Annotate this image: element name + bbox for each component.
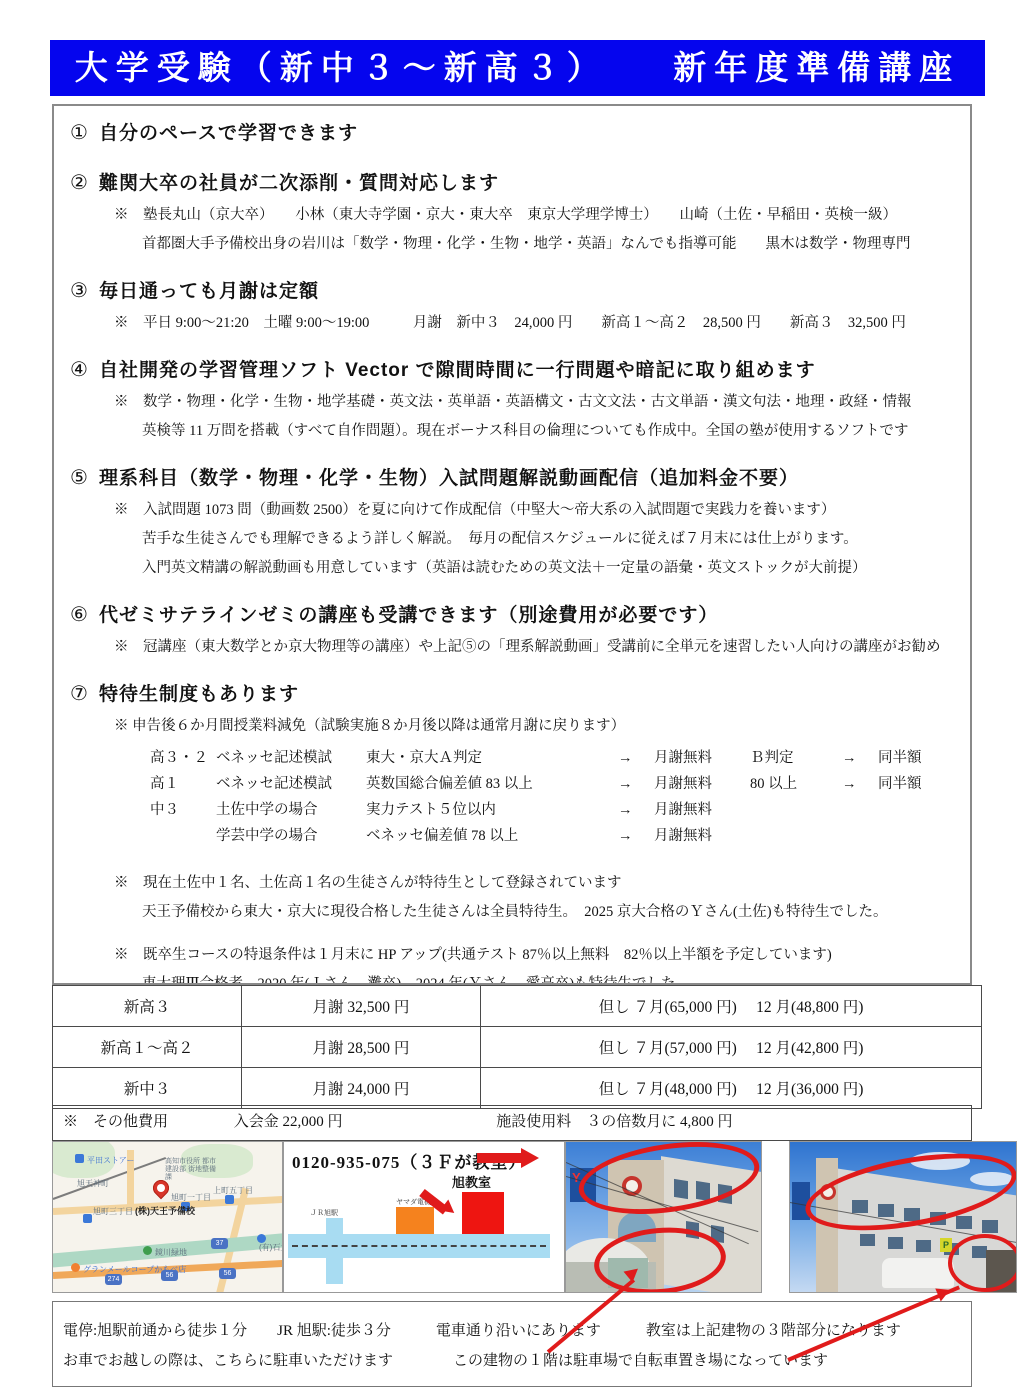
map-label: 鏡川緑地 [155,1247,187,1258]
schol-cell [750,823,842,849]
grade-cell: 新中３ [53,1068,242,1109]
schol-cell: 高１ [150,771,216,797]
arrow-glyph: → [618,771,654,797]
park-icon [143,1246,152,1255]
route-badge: 56 [219,1268,236,1279]
map-label: 平田ストアー [87,1155,135,1166]
schol-cell [878,823,948,849]
store-icon [71,1263,80,1272]
section-2-heading: ②難関大卒の社員が二次添削・質問対応します [70,172,970,195]
schol-cell [150,823,216,849]
station-label: ＪＲ旭駅 [310,1208,338,1218]
grade-cell: 新高３ [53,986,242,1027]
circled-number: ② [70,172,89,194]
note-cell: 但し ７月(65,000 円) 12 月(48,800 円) [481,986,982,1027]
map-label: 旭町一丁目 [171,1192,211,1203]
section-3-note: ※ 平日 9:00～21:20 土曜 9:00～19:00 月謝 新中３ 24,… [114,315,956,332]
table-row: 新中３ 月謝 24,000 円 但し ７月(48,000 円) 12 月(36,… [53,1068,982,1109]
parking-circle-annotation [948,1234,1017,1292]
schol-cell [878,797,948,823]
route-badge: 274 [105,1274,122,1285]
access-footer: 電停:旭駅前通から徒歩１分 JR 旭駅:徒歩３分 電車通り沿いにあります 教室は… [52,1301,972,1387]
table-row: 新高１～高２ 月謝 28,500 円 但し ７月(57,000 円) 12 月(… [53,1027,982,1068]
section-7-heading: ⑦特待生制度もあります [70,683,970,706]
schol-cell: 月謝無料 [654,745,750,771]
classroom-label: 旭教室 [452,1172,491,1191]
section-7-note3: ※ 既卒生コースの特退条件は１月末に HP アップ(共通テスト 87％以上無料 … [114,947,956,964]
section-7-note: ※ 申告後６か月間授業料減免（試験実施８か月後以降は通常月謝に戻ります） [114,718,956,735]
schol-cell: 高３・２ [150,745,216,771]
section-7-note2: 天王予備校から東大・京大に現役合格した生徒さんは全員特待生。 2025 京大合格… [142,904,956,921]
grade-cell: 新高１～高２ [53,1027,242,1068]
image-strip: 平田ストアー 旭天神町 高知市役所 都市建設部 街地整備課 旭町一丁目 上町五丁… [52,1141,972,1297]
phone-to-photo-arrow-head [521,1148,539,1168]
schol-cell: 同半額 [878,771,948,797]
railway-band [288,1234,550,1258]
page-title: 大学受験（新中３～新高３） 新年度準備講座 [50,40,985,96]
admission-fee: 入会金 22,000 円 [234,1114,343,1130]
window [956,1216,972,1229]
note-cell: 但し ７月(48,000 円) 12 月(36,000 円) [481,1068,982,1109]
section-4-note: ※ 数学・物理・化学・生物・地学基礎・英文法・英単語・英語構文・古文文法・古文単… [114,394,956,411]
route-badge: 56 [161,1270,178,1281]
route-badge: 37 [211,1238,228,1249]
map-label: (有)石立 [259,1242,283,1253]
schol-cell: 実力テスト５位以内 [366,797,618,823]
section-1-heading: ①自分のペースで学習できます [70,122,970,145]
building-photo-side: P [789,1141,1017,1293]
section-6-note: ※ 冠講座（東大数学とか京大物理等の講座）や上記⑤の「理系解説動画」受講前に全単… [114,639,956,656]
schol-cell: ベネッセ記述模試 [216,771,366,797]
circled-number: ④ [70,359,89,381]
schol-cell: 土佐中学の場合 [216,797,366,823]
section-5-note: 苦手な生徒さんでも理解できるよう詳しく解説。 毎月の配信スケジュールに従えば７月… [142,531,956,548]
schol-cell: 中３ [150,797,216,823]
section-5-note: ※ 入試問題 1073 問（動画数 2500）を夏に向けて作成配信（中堅大～帝大… [114,502,956,519]
phone-to-photo-arrow [477,1153,523,1163]
parking-sign: P [940,1238,952,1252]
schol-cell: 学芸中学の場合 [216,823,366,849]
table-row: 新高３ 月謝 32,500 円 但し ７月(65,000 円) 12 月(48,… [53,986,982,1027]
schol-cell: 月謝無料 [654,797,750,823]
schol-cell: 東大・京大Ａ判定 [366,745,618,771]
map-label: 高知市役所 都市建設部 街地整備課 [165,1158,217,1182]
section-5-note: 入門英文精講の解説動画も用意しています（英語は読むための英文法＋一定量の語彙・英… [142,560,956,577]
arrow-glyph [842,797,878,823]
window [860,1234,875,1246]
section-3-heading: ③毎日通っても月謝は定額 [70,280,970,303]
schol-cell: 月謝無料 [654,771,750,797]
arrow-glyph: → [618,797,654,823]
scholarship-table: 高３・２ベネッセ記述模試東大・京大Ａ判定→月謝無料Ｂ判定→同半額 高１ベネッセ記… [150,745,970,849]
other-fees-row: ※ その他費用 入会金 22,000 円 施設使用料 ３の倍数月に 4,800 … [52,1105,972,1141]
features-box: ①自分のペースで学習できます ②難関大卒の社員が二次添削・質問対応します ※ 塾… [52,104,972,985]
school-name-label: (株)天王予備校 [135,1204,195,1217]
map-label: 旭天神町 [77,1178,109,1189]
schol-cell: Ｂ判定 [750,745,842,771]
schol-cell: 月謝無料 [654,823,750,849]
other-fees-label: ※ その他費用 [63,1114,168,1130]
schol-cell: 英数国総合偏差値 83 以上 [366,771,618,797]
map-poi-icon [75,1154,84,1163]
section-7-note2: ※ 現在土佐中１名、土佐高１名の生徒さんが特待生として登録されています [114,875,956,892]
fee-cell: 月謝 28,500 円 [242,1027,481,1068]
classroom-building [462,1192,504,1234]
parked-car [882,1258,954,1288]
section-6-heading: ⑥代ゼミサテラインゼミの講座も受講できます（別途費用が必要です） [70,604,970,627]
map-label: 上町五丁目 [213,1185,253,1196]
section-4-heading: ④自社開発の学習管理ソフト Vector で隙間時間に一行問題や暗記に取り組めま… [70,359,970,382]
schol-cell: ベネッセ偏差値 78 以上 [366,823,618,849]
window [888,1237,903,1249]
arrow-glyph: → [842,745,878,771]
window [982,1220,998,1233]
fee-cell: 月謝 24,000 円 [242,1068,481,1109]
map-poi-icon [83,1214,92,1223]
map-label: 旭町三丁目 [93,1206,133,1217]
circled-number: ⑤ [70,467,89,489]
facility-fee: 施設使用料 ３の倍数月に 4,800 円 [496,1114,732,1130]
section-4-note: 英検等 11 万問を搭載（すべて自作問題）。現在ボーナス科目の倫理についても作成… [142,423,956,440]
circled-number: ⑦ [70,683,89,705]
fee-cell: 月謝 32,500 円 [242,986,481,1027]
section-2-note: ※ 塾長丸山（京大卒） 小林（東大寺学園・京大・東大卒 東京大学理学博士） 山崎… [114,207,956,224]
schol-cell: 80 以上 [750,771,842,797]
note-cell: 但し ７月(57,000 円) 12 月(42,800 円) [481,1027,982,1068]
footer-line: お車でお越しの際は、こちらに駐車いただけます この建物の１階は駐車場で自転車置き… [63,1346,961,1376]
schol-cell: 同半額 [878,745,948,771]
section-5-heading: ⑤理系科目（数学・物理・化学・生物）入試問題解説動画配信（追加料金不要） [70,467,970,490]
circled-number: ⑥ [70,604,89,626]
section-7-note3: 東大理Ⅲ合格者、2020 年(Ｉさん 灘卒)、2024 年(Ｙさん 愛高卒)も特… [142,976,956,985]
flyer-page: 大学受験（新中３～新高３） 新年度準備講座 ①自分のペースで学習できます ②難関… [0,0,1024,1392]
location-map: 平田ストアー 旭天神町 高知市役所 都市建設部 街地整備課 旭町一丁目 上町五丁… [52,1141,283,1293]
arrow-glyph: → [618,745,654,771]
section-2-note: 首都圏大手予備校出身の岩川は「数学・物理・化学・生物・地学・英語」なんでも指導可… [142,236,956,253]
yamada-building [396,1207,434,1234]
map-poi-icon [225,1195,234,1204]
building-photo-front: Y [565,1141,762,1293]
window [916,1240,931,1252]
arrow-glyph: → [842,771,878,797]
schol-cell: ベネッセ記述模試 [216,745,366,771]
price-table: 新高３ 月謝 32,500 円 但し ７月(65,000 円) 12 月(48,… [52,985,982,1109]
arrow-glyph [842,823,878,849]
schol-cell [750,797,842,823]
circled-number: ① [70,122,89,144]
arrow-glyph: → [618,823,654,849]
circled-number: ③ [70,280,89,302]
